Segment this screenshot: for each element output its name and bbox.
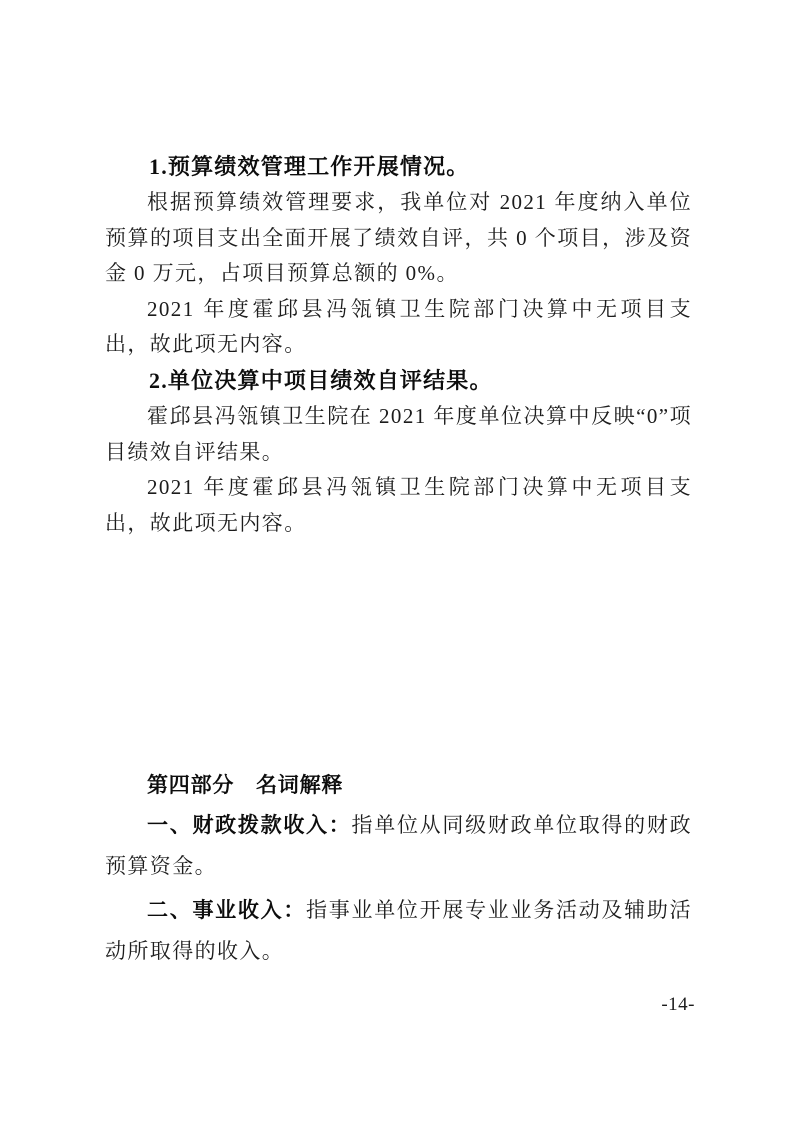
document-page: 1.预算绩效管理工作开展情况。 根据预算绩效管理要求，我单位对 2021 年度纳… — [0, 0, 793, 1122]
section-heading-2: 2.单位决算中项目绩效自评结果。 — [105, 363, 692, 399]
page-number: -14- — [661, 995, 695, 1015]
glossary-term-operating-income: 二、事业收入：指事业单位开展专业业务活动及辅助活动所取得的收入。 — [105, 890, 692, 972]
section-heading-1: 1.预算绩效管理工作开展情况。 — [105, 149, 692, 185]
paragraph-no-project-expenditure-2: 2021 年度霍邱县冯瓴镇卫生院部门决算中无项目支出，故此项无内容。 — [105, 470, 692, 541]
performance-section: 1.预算绩效管理工作开展情况。 根据预算绩效管理要求，我单位对 2021 年度纳… — [105, 149, 692, 541]
glossary-term-fiscal-appropriation: 一、财政拨款收入：指单位从同级财政单位取得的财政预算资金。 — [105, 805, 692, 887]
paragraph-self-eval-result: 霍邱县冯瓴镇卫生院在 2021 年度单位决算中反映“0”项目绩效自评结果。 — [105, 399, 692, 470]
part-four-heading: 第四部分 名词解释 — [105, 770, 692, 802]
glossary-section: 第四部分 名词解释 一、财政拨款收入：指单位从同级财政单位取得的财政预算资金。 … — [105, 770, 692, 972]
paragraph-no-project-expenditure-1: 2021 年度霍邱县冯瓴镇卫生院部门决算中无项目支出，故此项无内容。 — [105, 292, 692, 363]
paragraph-budget-performance: 根据预算绩效管理要求，我单位对 2021 年度纳入单位预算的项目支出全面开展了绩… — [105, 185, 692, 292]
term-label: 一、财政拨款收入： — [147, 813, 352, 837]
term-label: 二、事业收入： — [147, 898, 306, 922]
